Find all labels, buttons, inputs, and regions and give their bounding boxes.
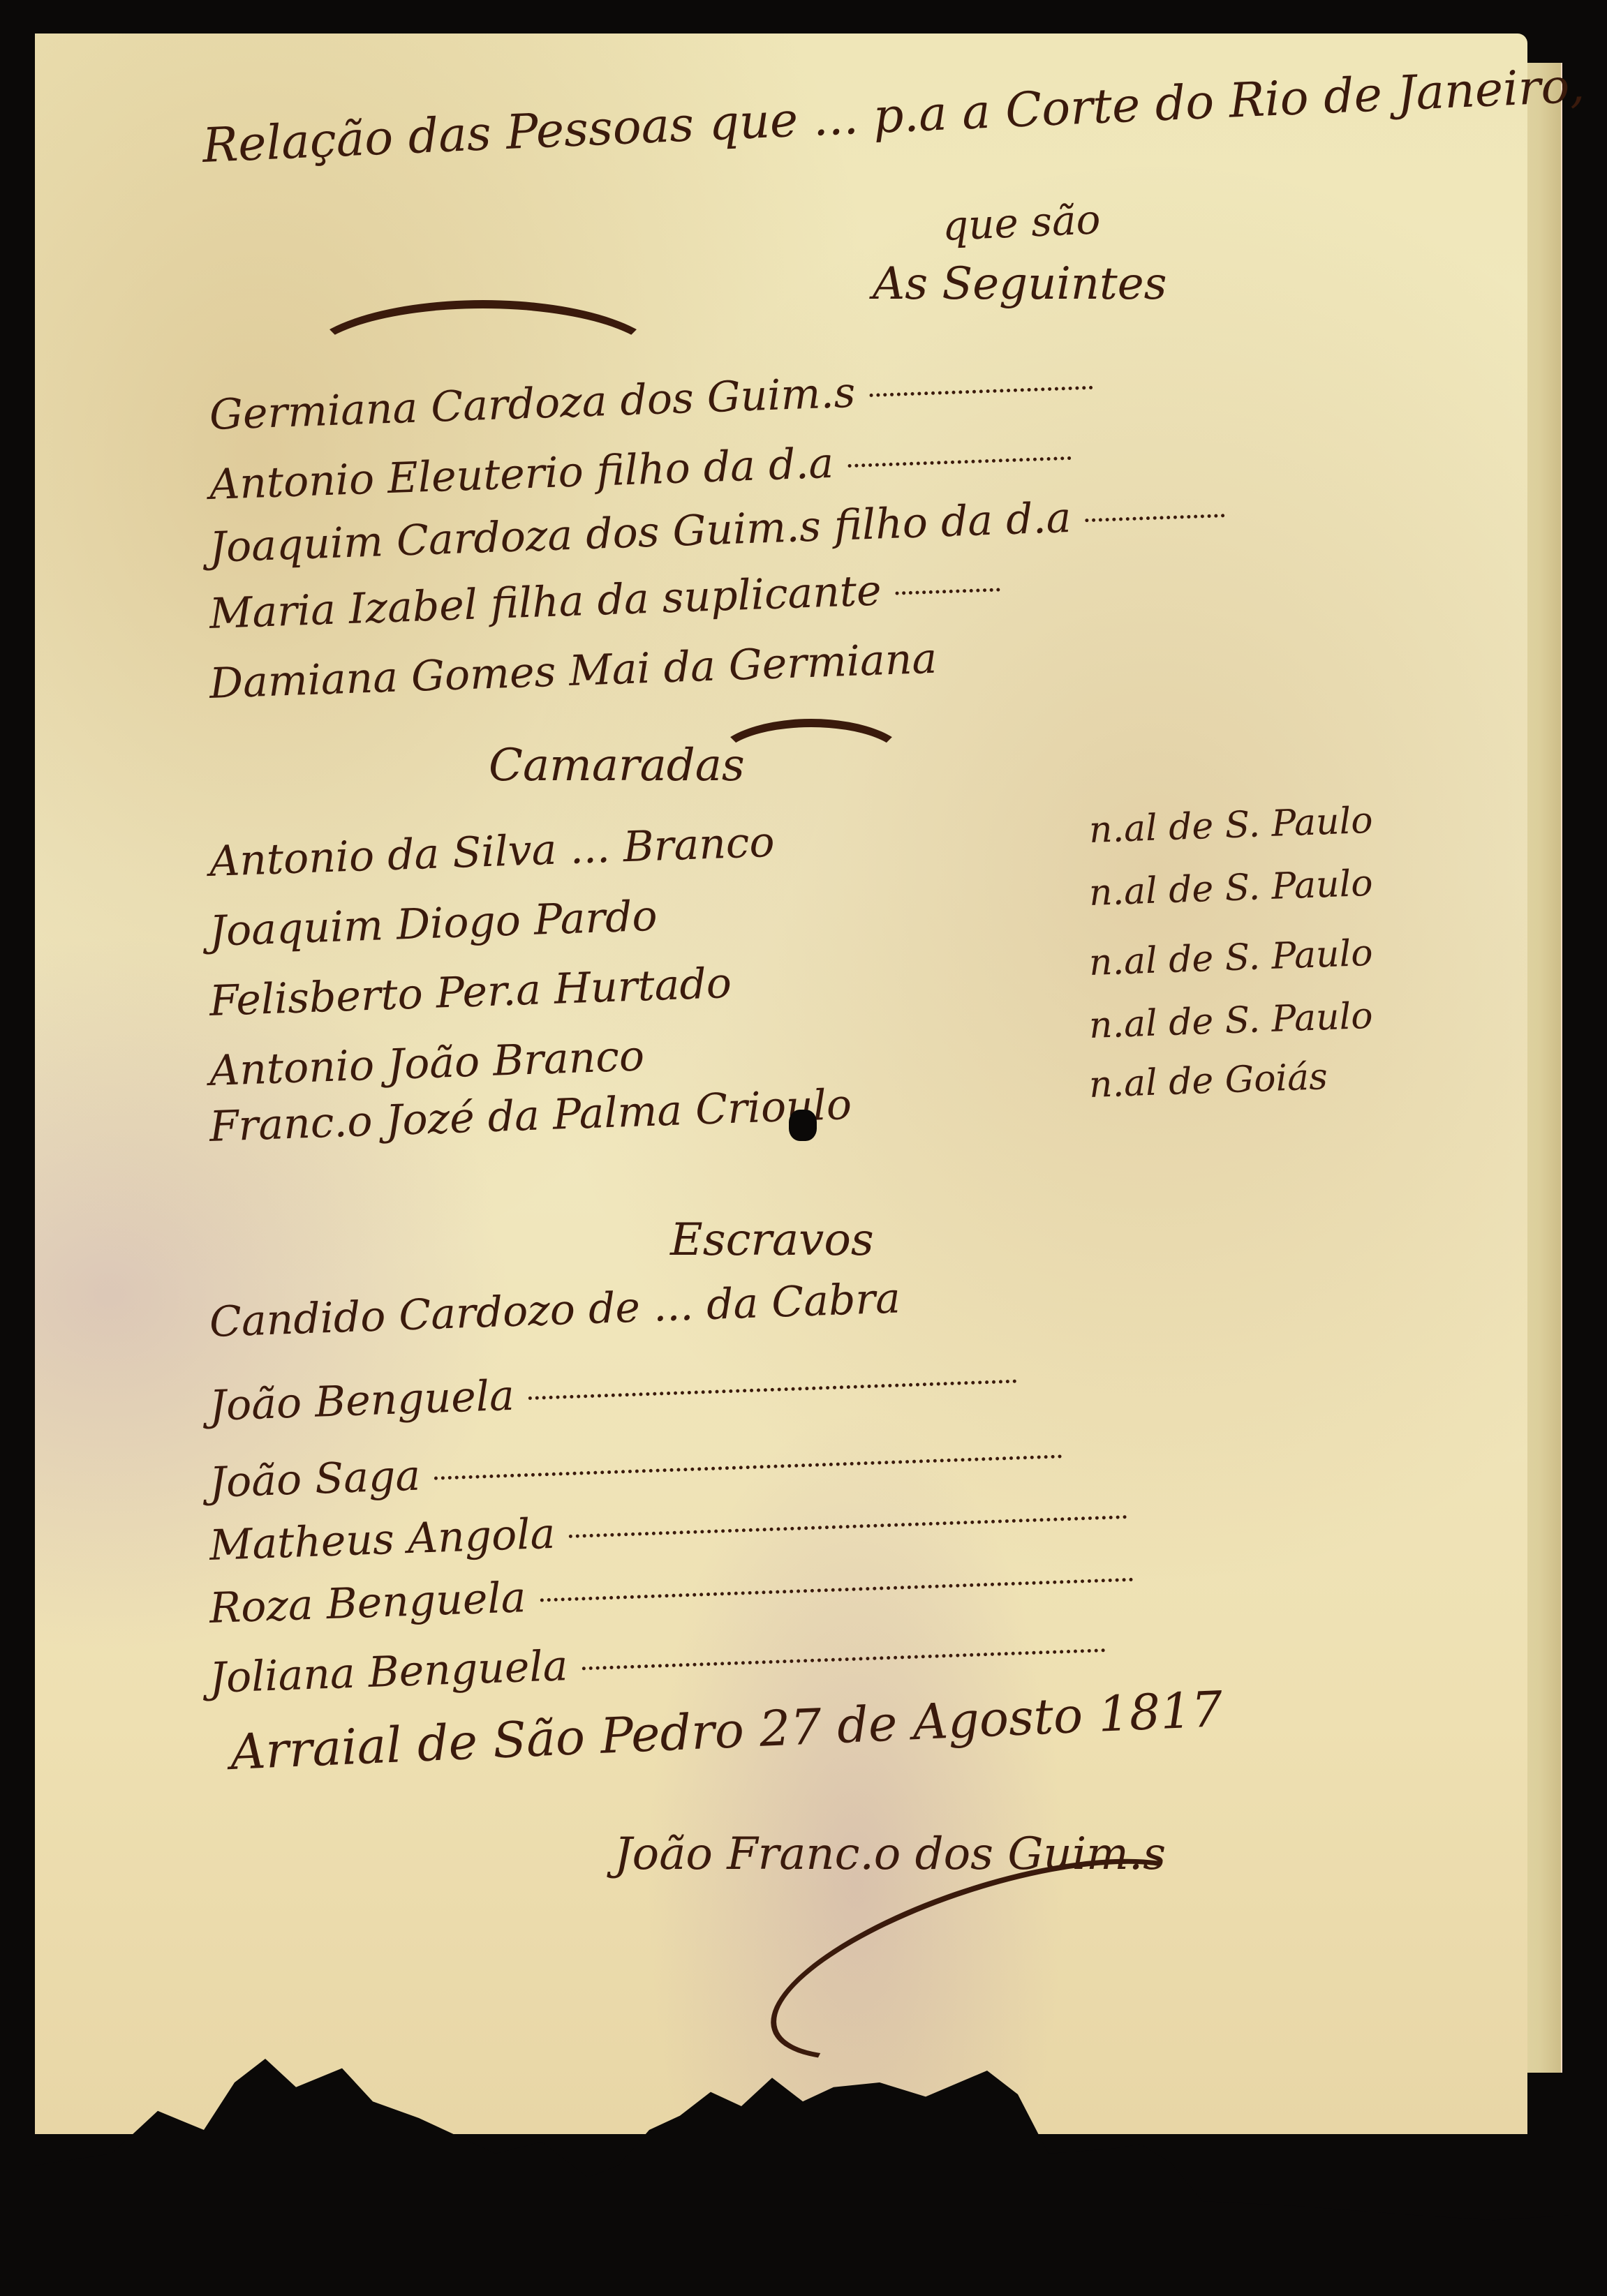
leader-dots	[895, 588, 1000, 595]
ink-blot	[789, 1110, 817, 1141]
leader-dots	[847, 456, 1071, 468]
leader-dots	[569, 1515, 1127, 1538]
leader-dots	[1085, 514, 1224, 522]
title-line-2: que são	[942, 195, 1102, 250]
leader-dots	[528, 1380, 1017, 1400]
leader-dots	[540, 1578, 1133, 1602]
leader-dots	[869, 386, 1093, 397]
leader-dots	[434, 1454, 1062, 1479]
origin-note: n.al de Goiás	[1088, 1056, 1328, 1106]
title-line-3: As Seguintes	[873, 258, 1167, 310]
section-heading-camaradas: Camaradas	[489, 740, 745, 791]
leader-dots	[582, 1648, 1105, 1670]
section-heading-escravos: Escravos	[670, 1214, 874, 1266]
